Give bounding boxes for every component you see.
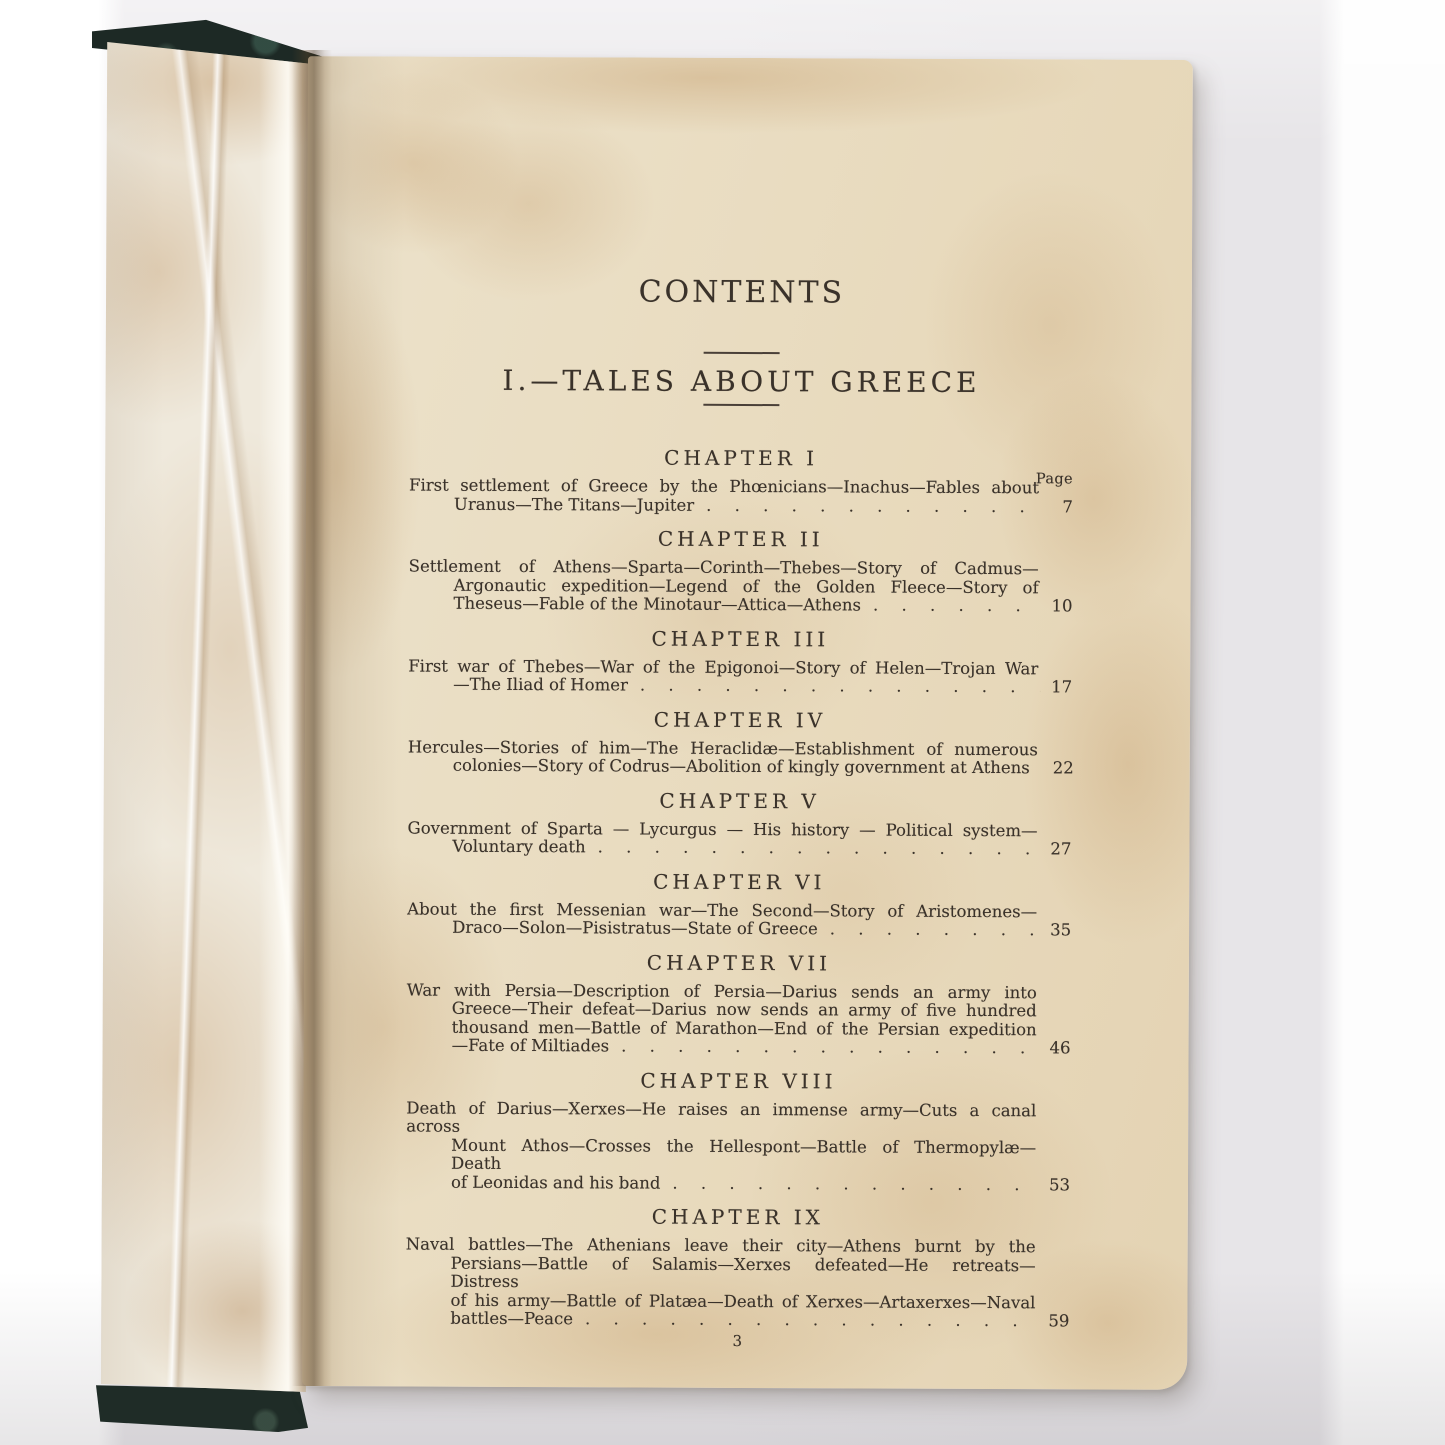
chapter-heading: CHAPTER V xyxy=(408,787,1072,814)
entry-last-line: colonies—Story of Codrus—Abolition of ki… xyxy=(408,757,1072,778)
entry-line: Draco—Solon—Pisistratus—State of Greece xyxy=(452,919,818,939)
chapter-heading: CHAPTER III xyxy=(408,625,1072,652)
chapter-entry: Naval battles—The Athenians leave their … xyxy=(405,1236,1069,1331)
entry-line: Uranus—The Titans—Jupiter xyxy=(454,495,694,515)
toc-chapter: CHAPTER III First war of Thebes—War of t… xyxy=(408,625,1072,697)
leader-dots: . . . . . . . . . . . . . . . . . . . xyxy=(598,838,1040,858)
chapter-page-number: 22 xyxy=(1048,759,1074,778)
toc-chapter: CHAPTER V Government of Sparta — Lycurgu… xyxy=(407,787,1071,859)
entry-line: Mount Athos—Crosses the Hellespont—Battl… xyxy=(406,1136,1036,1176)
chapter-entry: Settlement of Athens—Sparta—Corinth—Theb… xyxy=(408,558,1072,616)
chapter-page-number: 35 xyxy=(1045,921,1071,940)
toc-chapter: CHAPTER VII War with Persia—Description … xyxy=(407,949,1071,1058)
toc-chapter: CHAPTER I First settlement of Greece by … xyxy=(409,445,1073,517)
chapter-heading: CHAPTER IV xyxy=(408,706,1072,733)
entry-last-line: Draco—Solon—Pisistratus—State of Greece … xyxy=(407,919,1071,940)
leader-dots: . . . . . . . . . . . . . . . xyxy=(706,496,1041,516)
leader-dots: . . . . . . . . xyxy=(873,597,1041,616)
chapter-entry: Hercules—Stories of him—The Heraclidæ—Es… xyxy=(408,738,1072,778)
section-title: I.—TALES ABOUT GREECE xyxy=(409,365,1073,400)
chapter-heading: CHAPTER VIII xyxy=(406,1067,1070,1094)
page-title: CONTENTS xyxy=(410,275,1074,312)
entry-last-line: Uranus—The Titans—Jupiter . . . . . . . … xyxy=(409,495,1073,516)
entry-lines: War with Persia—Description of Persia—Da… xyxy=(407,981,1071,1039)
entry-line: Death of Darius—Xerxes—He raises an imme… xyxy=(406,1099,1036,1139)
entry-line: colonies—Story of Codrus—Abolition of ki… xyxy=(453,757,1030,778)
toc-chapter: CHAPTER VIII Death of Darius—Xerxes—He r… xyxy=(406,1067,1071,1194)
contents-page: CONTENTS I.—TALES ABOUT GREECE Page CHAP… xyxy=(302,56,1193,1390)
page-content: CONTENTS I.—TALES ABOUT GREECE Page CHAP… xyxy=(405,57,1075,1390)
chapter-heading: CHAPTER IX xyxy=(406,1204,1070,1231)
chapter-page-number: 10 xyxy=(1046,597,1072,616)
chapter-heading: CHAPTER II xyxy=(409,526,1073,553)
entry-line: Persians—Battle of Salamis—Xerxes defeat… xyxy=(406,1254,1036,1294)
toc-chapter: CHAPTER VI About the first Messenian war… xyxy=(407,868,1071,940)
endpaper xyxy=(101,42,309,1392)
chapter-page-number: 53 xyxy=(1044,1176,1070,1195)
leader-dots: . . . . . . . . . . . . . . . . . . . xyxy=(585,1310,1037,1330)
chapter-entry: War with Persia—Description of Persia—Da… xyxy=(407,981,1071,1058)
chapter-heading: CHAPTER I xyxy=(409,445,1073,472)
chapter-entry: Death of Darius—Xerxes—He raises an imme… xyxy=(406,1099,1070,1194)
entry-line: —Fate of Miltiades xyxy=(452,1037,610,1056)
entry-last-line: of Leonidas and his band . . . . . . . .… xyxy=(406,1173,1070,1194)
chapter-entry: About the first Messenian war—The Second… xyxy=(407,900,1071,940)
toc-chapter: CHAPTER IV Hercules—Stories of him—The H… xyxy=(408,706,1072,778)
chapter-entry: Government of Sparta — Lycurgus — His hi… xyxy=(407,819,1071,859)
page-column-label: Page xyxy=(1036,471,1073,487)
chapter-entry: First war of Thebes—War of the Epigonoi—… xyxy=(408,657,1072,697)
entry-last-line: battles—Peace . . . . . . . . . . . . . … xyxy=(405,1310,1069,1331)
page-folio: 3 xyxy=(405,1330,1069,1351)
chapter-heading: CHAPTER VI xyxy=(407,868,1071,895)
entry-line: battles—Peace xyxy=(450,1310,573,1329)
entry-line: Theseus—Fable of the Minotaur—Attica—Ath… xyxy=(453,595,861,615)
entry-last-line: —Fate of Miltiades . . . . . . . . . . .… xyxy=(407,1037,1071,1058)
entry-lines: Settlement of Athens—Sparta—Corinth—Theb… xyxy=(409,558,1073,598)
leader-dots: . . . . . . . . . . . . . . . . . . xyxy=(621,1037,1038,1057)
section-rule-bottom xyxy=(703,404,779,406)
entry-lines: Death of Darius—Xerxes—He raises an imme… xyxy=(406,1099,1070,1176)
section-rule-top xyxy=(704,352,780,354)
chapter-page-number: 7 xyxy=(1047,498,1073,517)
toc-chapter: CHAPTER IX Naval battles—The Athenians l… xyxy=(405,1204,1070,1331)
leader-dots: . . . . . . . . . . . . . . . . . xyxy=(640,677,1040,697)
leader-dots: . . . . . . . . . . . . . . . . xyxy=(672,1174,1038,1194)
entry-line: —The Iliad of Homer xyxy=(453,676,628,695)
entry-last-line: Voluntary death . . . . . . . . . . . . … xyxy=(407,838,1071,859)
entry-line: of Leonidas and his band xyxy=(451,1173,661,1192)
entry-line: Voluntary death xyxy=(452,838,585,857)
leader-dots: . . . . . . . . . . xyxy=(830,920,1039,939)
entry-last-line: Theseus—Fable of the Minotaur—Attica—Ath… xyxy=(408,595,1072,616)
chapter-heading: CHAPTER VII xyxy=(407,949,1071,976)
chapter-entry: First settlement of Greece by the Phœnic… xyxy=(409,477,1073,517)
entry-lines: Naval battles—The Athenians leave their … xyxy=(405,1236,1069,1313)
chapter-page-number: 17 xyxy=(1046,678,1072,697)
chapter-page-number: 59 xyxy=(1043,1312,1069,1331)
entry-last-line: —The Iliad of Homer . . . . . . . . . . … xyxy=(408,676,1072,697)
toc-chapter: CHAPTER II Settlement of Athens—Sparta—C… xyxy=(408,526,1072,616)
book-photo: CONTENTS I.—TALES ABOUT GREECE Page CHAP… xyxy=(0,0,1445,1445)
chapter-page-number: 27 xyxy=(1045,840,1071,859)
chapter-page-number: 46 xyxy=(1045,1039,1071,1058)
chapters: CHAPTER I First settlement of Greece by … xyxy=(405,445,1073,1331)
